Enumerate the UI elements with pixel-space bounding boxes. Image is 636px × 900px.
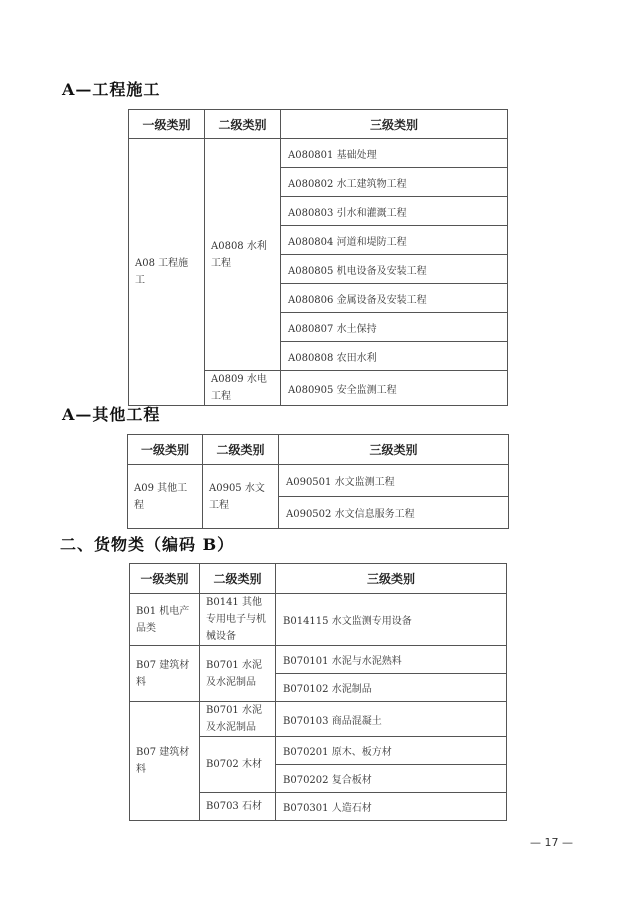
level3-cell: A090502 水文信息服务工程 <box>279 497 509 529</box>
level2-cell: B0701 水泥及水泥制品 <box>200 702 276 737</box>
level2-cell: A0808 水利工程 <box>205 139 281 371</box>
level3-cell: B014115 水文监测专用设备 <box>276 594 507 646</box>
section-title-construction: A—工程施工 <box>62 77 160 100</box>
level3-cell: A090501 水文监测工程 <box>279 465 509 497</box>
level3-cell: B070201 原木、板方材 <box>276 737 507 765</box>
section-title-goods: 二、货物类（编码 B） <box>60 532 234 555</box>
header-level1: 一级类别 <box>130 564 200 594</box>
header-level2: 二级类别 <box>203 435 279 465</box>
level1-cell: B01 机电产品类 <box>130 594 200 646</box>
table-goods: 一级类别 二级类别 三级类别 B01 机电产品类 B0141 其他专用电子与机械… <box>129 563 507 821</box>
table-other: 一级类别 二级类别 三级类别 A09 其他工程 A0905 水文工程 A0905… <box>127 434 509 529</box>
level3-cell: B070102 水泥制品 <box>276 674 507 702</box>
level3-cell: A080905 安全监测工程 <box>281 371 508 406</box>
level3-cell: A080804 河道和堤防工程 <box>281 226 508 255</box>
header-level1: 一级类别 <box>128 435 203 465</box>
level2-cell: B0702 木材 <box>200 737 276 793</box>
section-title-other: A—其他工程 <box>62 402 160 425</box>
level2-cell: A0905 水文工程 <box>203 465 279 529</box>
level2-cell: B0703 石材 <box>200 793 276 821</box>
page-number: — 17 — <box>530 836 573 849</box>
level1-cell: B07 建筑材料 <box>130 646 200 702</box>
level2-cell: B0701 水泥及水泥制品 <box>200 646 276 702</box>
level3-cell: B070301 人造石材 <box>276 793 507 821</box>
level3-cell: A080805 机电设备及安装工程 <box>281 255 508 284</box>
level1-cell: A08 工程施工 <box>129 139 205 406</box>
level3-cell: B070101 水泥与水泥熟料 <box>276 646 507 674</box>
level1-cell: B07 建筑材料 <box>130 702 200 821</box>
level3-cell: A080807 水土保持 <box>281 313 508 342</box>
level2-cell: A0809 水电工程 <box>205 371 281 406</box>
header-level2: 二级类别 <box>200 564 276 594</box>
level3-cell: B070202 复合板材 <box>276 765 507 793</box>
header-level3: 三级类别 <box>279 435 509 465</box>
level1-cell: A09 其他工程 <box>128 465 203 529</box>
level2-cell: B0141 其他专用电子与机械设备 <box>200 594 276 646</box>
header-level3: 三级类别 <box>281 110 508 139</box>
level3-cell: B070103 商品混凝土 <box>276 702 507 737</box>
level3-cell: A080803 引水和灌溉工程 <box>281 197 508 226</box>
table-construction: 一级类别 二级类别 三级类别 A08 工程施工 A0808 水利工程 A0808… <box>128 109 508 406</box>
level3-cell: A080808 农田水利 <box>281 342 508 371</box>
header-level3: 三级类别 <box>276 564 507 594</box>
header-level2: 二级类别 <box>205 110 281 139</box>
level3-cell: A080806 金属设备及安装工程 <box>281 284 508 313</box>
level3-cell: A080801 基础处理 <box>281 139 508 168</box>
header-level1: 一级类别 <box>129 110 205 139</box>
level3-cell: A080802 水工建筑物工程 <box>281 168 508 197</box>
